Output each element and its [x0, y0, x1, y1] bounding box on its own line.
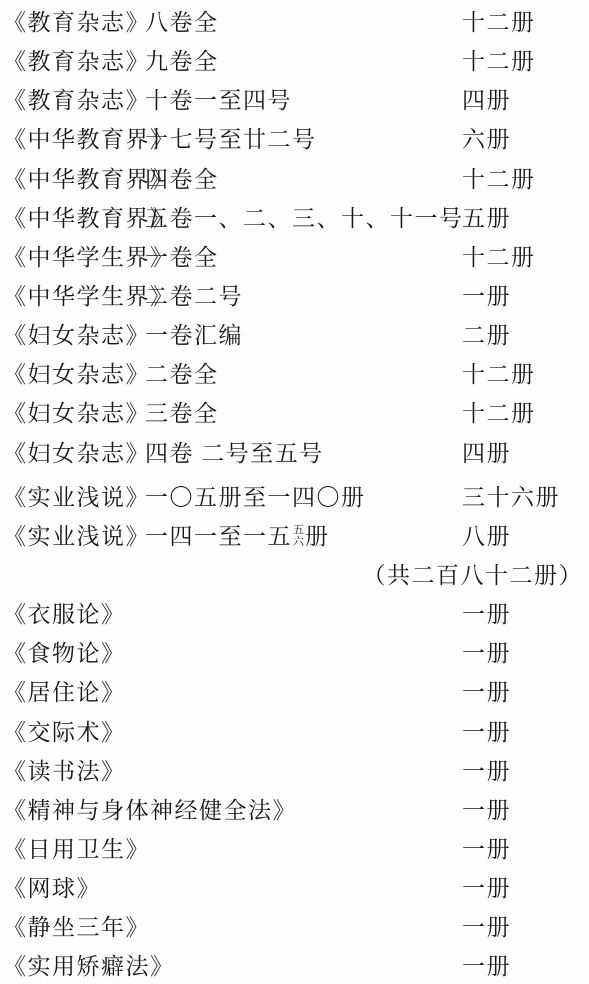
copies-count: 一册: [462, 870, 589, 903]
copies-count: 一册: [462, 831, 589, 864]
journal-title: 《静坐三年》: [3, 909, 145, 942]
copies-count: 十二册: [462, 161, 589, 194]
journal-title: 《居住论》: [3, 674, 145, 707]
journal-title: 《中华教育界》: [3, 161, 145, 194]
journal-title: 《教育杂志》: [3, 82, 145, 115]
catalog-row: 《静坐三年》 一册: [3, 906, 589, 945]
copies-count: 十二册: [462, 43, 589, 76]
copies-count: 三十六册: [462, 479, 589, 512]
catalog-row: 《教育杂志》 十卷一至四号 四册: [3, 79, 589, 118]
catalog-page: 《教育杂志》 八卷全 十二册 《教育杂志》 九卷全 十二册 《教育杂志》 十卷一…: [0, 0, 589, 984]
copies-count: 十二册: [462, 356, 589, 389]
volume-detail: 五卷一、二、三、十、十一号: [145, 200, 462, 233]
journal-title: 《中华教育界》: [3, 200, 145, 233]
copies-count: 六册: [462, 121, 589, 154]
catalog-row: 《居住论》 一册: [3, 671, 589, 710]
copies-count: 二册: [462, 317, 589, 350]
copies-count: 四册: [462, 435, 589, 468]
journal-title: 《妇女杂志》: [3, 395, 145, 428]
subtotal-count: （共二百八十二册）: [363, 557, 584, 590]
volume-detail: 四卷 二号至五号: [145, 435, 462, 468]
catalog-row: 《精神与身体神经健全法》 一册: [3, 789, 589, 828]
catalog-row: 《妇女杂志》 三卷全 十二册: [3, 392, 589, 431]
copies-count: 一册: [462, 278, 589, 311]
copies-count: 八册: [462, 518, 589, 551]
catalog-row: 《日用卫生》 一册: [3, 828, 589, 867]
volume-detail: 二卷全: [145, 356, 462, 389]
catalog-row: 《实业浅说》 一〇五册至一四〇册 三十六册: [3, 476, 589, 515]
journal-title: 《教育杂志》: [3, 43, 145, 76]
copies-count: 四册: [462, 82, 589, 115]
journal-title: 《实业浅说》: [3, 479, 145, 512]
copies-count: 十二册: [462, 239, 589, 272]
volume-detail: 一四一至一五五六册: [145, 518, 462, 551]
copies-count: 一册: [462, 714, 589, 747]
journal-title: 《实用矫癖法》: [3, 948, 145, 981]
copies-count: 一册: [462, 792, 589, 825]
journal-title: 《衣服论》: [3, 596, 145, 629]
catalog-row: 《衣服论》 一册: [3, 593, 589, 632]
copies-count: 十二册: [462, 395, 589, 428]
catalog-row: 《教育杂志》 九卷全 十二册: [3, 40, 589, 79]
catalog-row: 《实业浅说》 一四一至一五五六册 八册: [3, 515, 589, 554]
journal-title: 《实业浅说》: [3, 518, 145, 551]
copies-count: 五册: [462, 200, 589, 233]
catalog-row: 《中华学生界》 二卷二号 一册: [3, 275, 589, 314]
catalog-row: 《妇女杂志》 四卷 二号至五号 四册: [3, 432, 589, 471]
catalog-row: 《中华教育界》 五卷一、二、三、十、十一号 五册: [3, 197, 589, 236]
journal-title: 《中华学生界》: [3, 239, 145, 272]
volume-detail: 二卷二号: [145, 278, 462, 311]
copies-count: 一册: [462, 635, 589, 668]
copies-count: 一册: [462, 948, 589, 981]
catalog-row: 《食物论》 一册: [3, 632, 589, 671]
catalog-row: 《中华教育界》 十七号至廿二号 六册: [3, 118, 589, 157]
journal-title: 《妇女杂志》: [3, 435, 145, 468]
catalog-row: 《中华教育界》 四卷全 十二册: [3, 158, 589, 197]
catalog-row: 《读书法》 一册: [3, 750, 589, 789]
catalog-row: 《网球》 一册: [3, 867, 589, 906]
copies-count: 一册: [462, 753, 589, 786]
volume-detail: 一卷全: [145, 239, 462, 272]
journal-title: 《交际术》: [3, 714, 145, 747]
journal-title: 《中华教育界》: [3, 121, 145, 154]
journal-title: 《中华学生界》: [3, 278, 145, 311]
volume-detail: 八卷全: [145, 4, 462, 37]
catalog-row: 《交际术》 一册: [3, 711, 589, 750]
copies-count: 一册: [462, 909, 589, 942]
volume-detail: 九卷全: [145, 43, 462, 76]
copies-count: 一册: [462, 596, 589, 629]
journal-title: 《妇女杂志》: [3, 356, 145, 389]
journal-title: 《精神与身体神经健全法》: [3, 792, 145, 825]
catalog-rows: 《教育杂志》 八卷全 十二册 《教育杂志》 九卷全 十二册 《教育杂志》 十卷一…: [3, 1, 589, 984]
copies-count: 一册: [462, 674, 589, 707]
catalog-row: 《实用矫癖法》 一册: [3, 945, 589, 984]
journal-title: 《日用卫生》: [3, 831, 145, 864]
catalog-row: 《妇女杂志》 二卷全 十二册: [3, 353, 589, 392]
journal-title: 《妇女杂志》: [3, 317, 145, 350]
volume-detail: 十七号至廿二号: [145, 121, 462, 154]
journal-title: 《食物论》: [3, 635, 145, 668]
journal-title: 《读书法》: [3, 753, 145, 786]
catalog-row: 《教育杂志》 八卷全 十二册: [3, 1, 589, 40]
journal-title: 《教育杂志》: [3, 4, 145, 37]
catalog-row: 《中华学生界》 一卷全 十二册: [3, 236, 589, 275]
volume-detail: 四卷全: [145, 161, 462, 194]
subtotal-row: （共二百八十二册）: [3, 554, 589, 593]
stacked-correction: 五六: [293, 525, 304, 548]
volume-detail: 一〇五册至一四〇册: [145, 479, 462, 512]
volume-detail: 一卷汇编: [145, 317, 462, 350]
catalog-row: 《妇女杂志》 一卷汇编 二册: [3, 314, 589, 353]
volume-detail: 十卷一至四号: [145, 82, 462, 115]
volume-detail: 三卷全: [145, 395, 462, 428]
copies-count: 十二册: [462, 4, 589, 37]
journal-title: 《网球》: [3, 870, 145, 903]
